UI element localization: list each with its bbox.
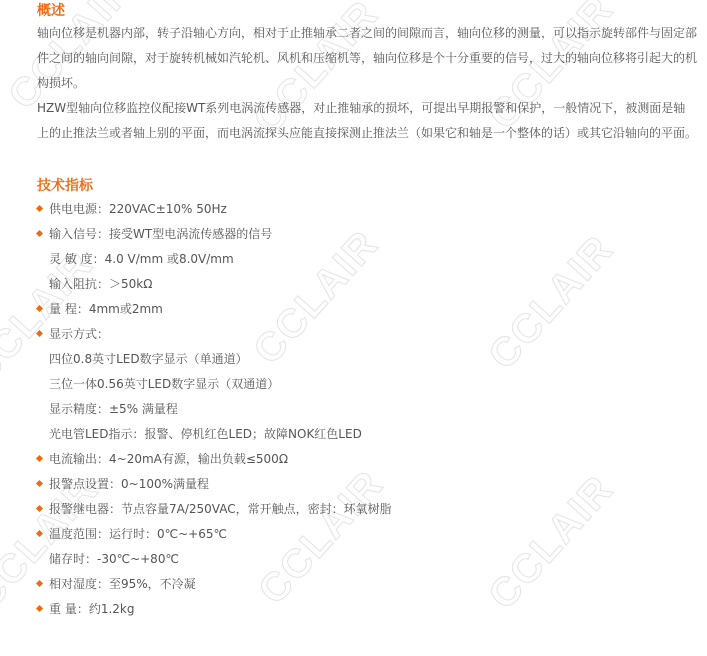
spec-item-temperature-operating: 温度范围：运行时：0℃~+65℃ bbox=[37, 522, 697, 547]
spec-item-display-dual: 三位一体0.56英寸LED数字显示（双通道） bbox=[37, 372, 697, 397]
diamond-bullet-icon bbox=[36, 605, 43, 612]
spec-item-input-impedance: 输入阻抗：＞50kΩ bbox=[37, 272, 697, 297]
spec-text: 三位一体0.56英寸LED数字显示（双通道） bbox=[49, 377, 279, 391]
overview-title: 概述 bbox=[37, 0, 697, 21]
spec-item-led-indicator: 光电管LED指示：报警、停机红色LED；故障NOK红色LED bbox=[37, 422, 697, 447]
diamond-bullet-icon bbox=[36, 205, 43, 212]
spec-text: 显示精度：±5% 满量程 bbox=[49, 402, 178, 416]
spec-text: 报警点设置：0~100%满量程 bbox=[49, 477, 209, 491]
spec-text: 电流输出：4~20mA有源，输出负载≤500Ω bbox=[49, 452, 288, 466]
spec-text: 储存时：-30℃~+80℃ bbox=[49, 552, 179, 566]
diamond-bullet-icon bbox=[36, 480, 43, 487]
spec-item-display-single: 四位0.8英寸LED数字显示（单通道） bbox=[37, 347, 697, 372]
spec-item-alarm-relay: 报警继电器：节点容量7A/250VAC，常开触点，密封：环氧树脂 bbox=[37, 497, 697, 522]
overview-paragraph-1: 轴向位移是机器内部，转子沿轴心方向，相对于止推轴承二者之间的间隙而言，轴向位移的… bbox=[37, 21, 697, 96]
spec-text: 供电电源：220VAC±10% 50Hz bbox=[49, 202, 227, 216]
spec-text: 四位0.8英寸LED数字显示（单通道） bbox=[49, 352, 248, 366]
diamond-bullet-icon bbox=[36, 330, 43, 337]
spec-text: 输入阻抗：＞50kΩ bbox=[49, 277, 152, 291]
spec-item-power: 供电电源：220VAC±10% 50Hz bbox=[37, 197, 697, 222]
overview-paragraph-2: HZW型轴向位移监控仪配接WT系列电涡流传感器，对止推轴承的损坏，可提出早期报警… bbox=[37, 96, 697, 146]
spec-text: 报警继电器：节点容量7A/250VAC，常开触点，密封：环氧树脂 bbox=[49, 502, 392, 516]
spec-text: 灵 敏 度：4.0 V/mm 或8.0V/mm bbox=[49, 252, 234, 266]
spec-text: 输入信号：接受WT型电涡流传感器的信号 bbox=[49, 227, 272, 241]
spec-item-display-mode: 显示方式： bbox=[37, 322, 697, 347]
spec-item-current-output: 电流输出：4~20mA有源，输出负载≤500Ω bbox=[37, 447, 697, 472]
overview-section: 概述 轴向位移是机器内部，转子沿轴心方向，相对于止推轴承二者之间的间隙而言，轴向… bbox=[37, 0, 697, 146]
spec-item-alarm-setpoint: 报警点设置：0~100%满量程 bbox=[37, 472, 697, 497]
spec-item-display-accuracy: 显示精度：±5% 满量程 bbox=[37, 397, 697, 422]
diamond-bullet-icon bbox=[36, 580, 43, 587]
spec-item-input-signal: 输入信号：接受WT型电涡流传感器的信号 bbox=[37, 222, 697, 247]
spec-text: 温度范围：运行时：0℃~+65℃ bbox=[49, 527, 227, 541]
diamond-bullet-icon bbox=[36, 530, 43, 537]
diamond-bullet-icon bbox=[36, 505, 43, 512]
spec-text: 相对湿度：至95%，不冷凝 bbox=[49, 577, 196, 591]
spec-text: 显示方式： bbox=[49, 327, 109, 341]
spec-item-weight: 重 量：约1.2kg bbox=[37, 597, 697, 622]
specs-section: 技术指标 供电电源：220VAC±10% 50Hz 输入信号：接受WT型电涡流传… bbox=[37, 175, 697, 622]
diamond-bullet-icon bbox=[36, 305, 43, 312]
spec-list: 供电电源：220VAC±10% 50Hz 输入信号：接受WT型电涡流传感器的信号… bbox=[37, 197, 697, 622]
spec-item-humidity: 相对湿度：至95%，不冷凝 bbox=[37, 572, 697, 597]
spec-text: 光电管LED指示：报警、停机红色LED；故障NOK红色LED bbox=[49, 427, 362, 441]
spec-item-sensitivity: 灵 敏 度：4.0 V/mm 或8.0V/mm bbox=[37, 247, 697, 272]
spec-item-temperature-storage: 储存时：-30℃~+80℃ bbox=[37, 547, 697, 572]
diamond-bullet-icon bbox=[36, 230, 43, 237]
spec-text: 量 程：4mm或2mm bbox=[49, 302, 163, 316]
specs-title: 技术指标 bbox=[37, 175, 697, 197]
diamond-bullet-icon bbox=[36, 455, 43, 462]
spec-item-range: 量 程：4mm或2mm bbox=[37, 297, 697, 322]
page-content: 概述 轴向位移是机器内部，转子沿轴心方向，相对于止推轴承二者之间的间隙而言，轴向… bbox=[0, 0, 707, 622]
spec-text: 重 量：约1.2kg bbox=[49, 602, 134, 616]
